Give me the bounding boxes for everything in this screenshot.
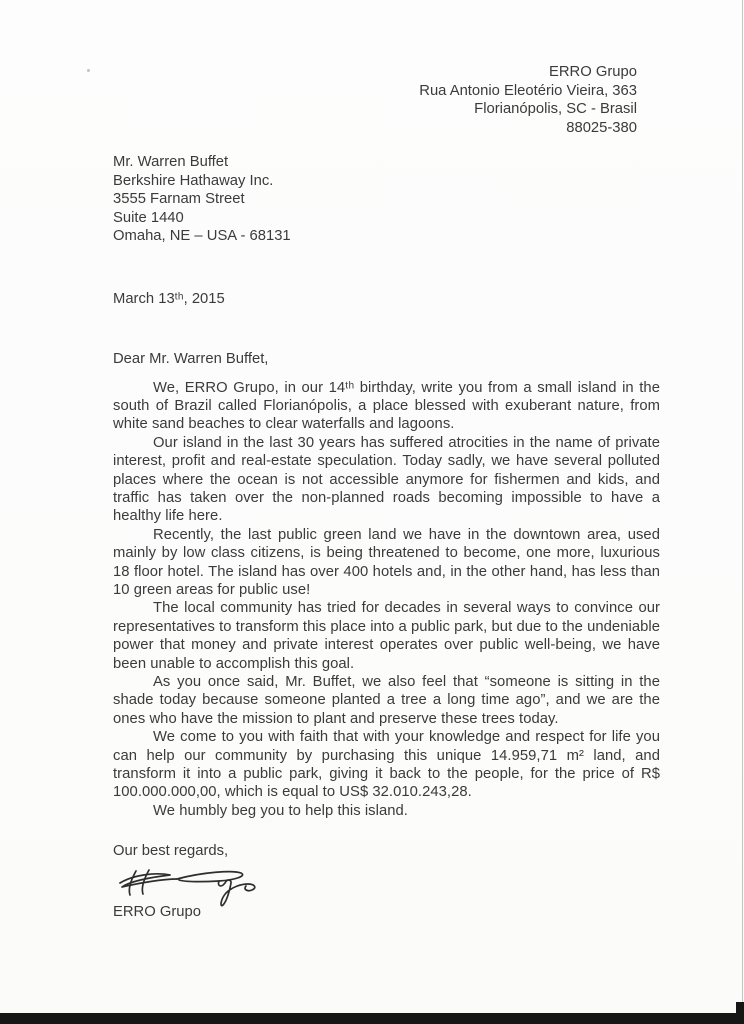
sender-name: ERRO Grupo xyxy=(113,63,637,82)
recipient-city: Omaha, NE – USA - 68131 xyxy=(113,227,660,246)
paragraph-island-history: Our island in the last 30 years has suff… xyxy=(113,434,660,526)
closing-line: Our best regards, xyxy=(113,842,660,861)
sender-block: ERRO Grupo Rua Antonio Eleotério Vieira,… xyxy=(113,63,660,137)
recipient-suite: Suite 1440 xyxy=(113,209,660,228)
signature-block: ERRO Grupo xyxy=(113,863,660,922)
scan-edge-corner xyxy=(736,1002,744,1024)
paragraph-offer: We come to you with faith that with your… xyxy=(113,728,660,802)
sender-address-zip: 88025-380 xyxy=(113,119,637,138)
recipient-street: 3555 Farnam Street xyxy=(113,190,660,209)
paragraph-quote: As you once said, Mr. Buffet, we also fe… xyxy=(113,673,660,728)
date-line: March 13ᵗʰ, 2015 xyxy=(113,290,660,309)
paragraph-green-land: Recently, the last public green land we … xyxy=(113,526,660,600)
scan-edge-bottom xyxy=(0,1013,744,1024)
paragraph-intro: We, ERRO Grupo, in our 14ᵗʰ birthday, wr… xyxy=(113,379,660,434)
letter-content: ERRO Grupo Rua Antonio Eleotério Vieira,… xyxy=(0,0,744,1024)
recipient-block: Mr. Warren Buffet Berkshire Hathaway Inc… xyxy=(113,153,660,246)
recipient-company: Berkshire Hathaway Inc. xyxy=(113,172,660,191)
sender-address-street: Rua Antonio Eleotério Vieira, 363 xyxy=(113,82,637,101)
salutation: Dear Mr. Warren Buffet, xyxy=(113,350,660,369)
paragraph-community: The local community has tried for decade… xyxy=(113,599,660,673)
scan-edge-right xyxy=(742,0,744,1024)
scanned-letter-page: ERRO Grupo Rua Antonio Eleotério Vieira,… xyxy=(0,0,744,1024)
sender-address-city: Florianópolis, SC - Brasil xyxy=(113,100,637,119)
letter-body: We, ERRO Grupo, in our 14ᵗʰ birthday, wr… xyxy=(113,379,660,821)
paragraph-plea: We humbly beg you to help this island. xyxy=(113,802,660,820)
recipient-name: Mr. Warren Buffet xyxy=(113,153,660,172)
signature-typed-name: ERRO Grupo xyxy=(113,903,660,922)
